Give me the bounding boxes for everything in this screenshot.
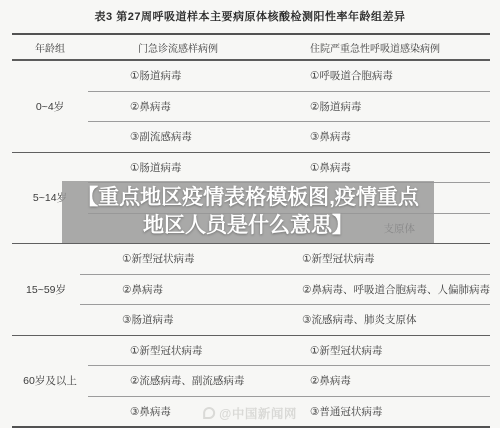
sari-pathogen-cell: ③流感病毒、肺炎支原体 [302, 312, 490, 327]
sari-pathogen-cell: ②鼻病毒、呼吸道合胞病毒、人偏肺病毒 [302, 282, 490, 297]
sari-pathogen-cell: ①新型冠状病毒 [310, 343, 490, 358]
sari-pathogen-cell: ③鼻病毒 [310, 129, 490, 144]
ili-pathogen-cell: ②鼻病毒 [80, 282, 302, 297]
page: 表3 第27周呼吸道样本主要病原体核酸检测阳性率年龄组差异 年龄组 门急诊流感样… [0, 0, 500, 428]
sari-pathogen-cell: ③普通冠状病毒 [310, 404, 490, 419]
overlay-line-2: 地区人员是什么意思】 [143, 212, 353, 240]
ili-pathogen-cell: ①肠道病毒 [88, 68, 310, 83]
pathogen-cells: ①新型冠状病毒 ①新型冠状病毒 ②鼻病毒 ②鼻病毒、呼吸道合胞病毒、人偏肺病毒 … [80, 244, 490, 335]
watermark-text: @中国新闻网 [219, 404, 297, 422]
pathogen-cells: ①肠道病毒 ①呼吸道合胞病毒 ②鼻病毒 ②肠道病毒 ③副流感病毒 ③鼻病毒 [88, 61, 490, 152]
header-age-group: 年龄组 [12, 40, 88, 55]
age-label: 0~4岁 [12, 61, 88, 152]
ili-pathogen-cell: ①新型冠状病毒 [88, 343, 310, 358]
age-group-block-0-4: 0~4岁 ①肠道病毒 ①呼吸道合胞病毒 ②鼻病毒 ②肠道病毒 ③副流感病毒 ③鼻… [12, 61, 490, 153]
caption-overlay: 【重点地区疫情表格模板图,疫情重点 地区人员是什么意思】 [62, 181, 434, 243]
age-label: 15~59岁 [12, 244, 80, 335]
sari-pathogen-cell: ②肠道病毒 [310, 99, 490, 114]
table-row: ①肠道病毒 ①呼吸道合胞病毒 [88, 61, 490, 91]
sari-pathogen-cell: ①呼吸道合胞病毒 [310, 68, 490, 83]
table-row: ①新型冠状病毒 ①新型冠状病毒 [80, 244, 490, 274]
ili-pathogen-cell: ①新型冠状病毒 [80, 251, 302, 266]
watermark: @中国新闻网 [203, 404, 297, 422]
table-row: ③肠道病毒 ③流感病毒、肺炎支原体 [80, 304, 490, 335]
header-sari-cases: 住院严重急性呼吸道感染病例 [310, 40, 490, 55]
header-ili-cases: 门急诊流感样病例 [88, 40, 310, 55]
table-header-row: 年龄组 门急诊流感样病例 住院严重急性呼吸道感染病例 [12, 35, 490, 61]
table-row: ③副流感病毒 ③鼻病毒 [88, 121, 490, 152]
table-row: ②流感病毒、副流感病毒 ②鼻病毒 [88, 365, 490, 396]
overlay-line-1: 【重点地区疫情表格模板图,疫情重点 [77, 184, 419, 212]
age-label: 60岁及以上 [12, 336, 88, 427]
sari-pathogen-cell: ①新型冠状病毒 [302, 251, 490, 266]
ili-pathogen-cell: ②鼻病毒 [88, 99, 310, 114]
table-title: 表3 第27周呼吸道样本主要病原体核酸检测阳性率年龄组差异 [0, 8, 500, 24]
table-row: ②鼻病毒 ②肠道病毒 [88, 91, 490, 122]
news-site-logo-icon [203, 407, 215, 419]
ili-pathogen-cell: ②流感病毒、副流感病毒 [88, 373, 310, 388]
ili-pathogen-cell: ③副流感病毒 [88, 129, 310, 144]
ili-pathogen-cell: ①肠道病毒 [88, 160, 310, 175]
table-row: ②鼻病毒 ②鼻病毒、呼吸道合胞病毒、人偏肺病毒 [80, 274, 490, 305]
sari-pathogen-cell: ①鼻病毒 [310, 160, 490, 175]
table-row: ①新型冠状病毒 ①新型冠状病毒 [88, 336, 490, 366]
table-row: ①肠道病毒 ①鼻病毒 [88, 153, 490, 183]
age-group-block-15-59: 15~59岁 ①新型冠状病毒 ①新型冠状病毒 ②鼻病毒 ②鼻病毒、呼吸道合胞病毒… [12, 244, 490, 336]
ili-pathogen-cell: ③肠道病毒 [80, 312, 302, 327]
sari-pathogen-cell: ②鼻病毒 [310, 373, 490, 388]
